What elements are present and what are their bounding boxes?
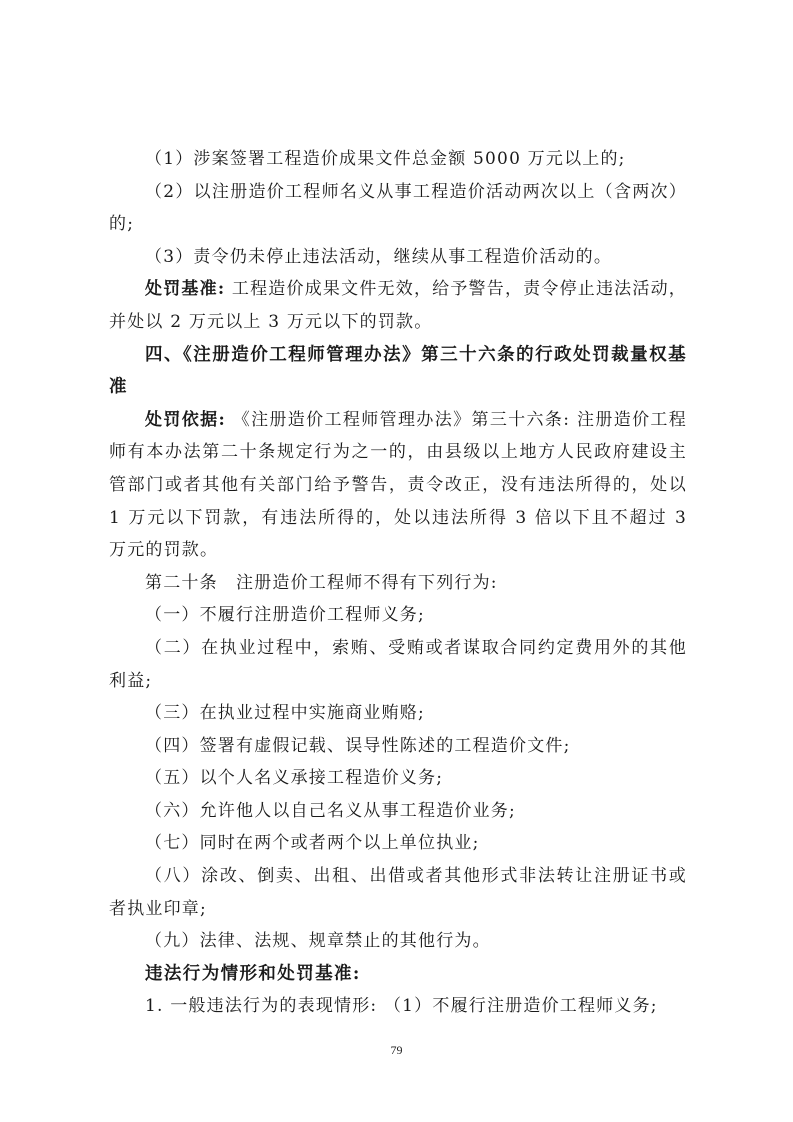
- article-20-intro: 第二十条 注册造价工程师不得有下列行为:: [109, 567, 687, 600]
- document-body: （1）涉案签署工程造价成果文件总金额 5000 万元以上的; （2）以注册造价工…: [109, 143, 687, 1023]
- general-violation-paragraph: 1. 一般违法行为的表现情形: （1）不履行注册造价工程师义务;: [109, 990, 687, 1023]
- article-20-item-4: （四）签署有虚假记载、误导性陈述的工程造价文件;: [109, 730, 687, 763]
- list-item-2: （2）以注册造价工程师名义从事工程造价活动两次以上（含两次）的;: [109, 176, 687, 241]
- article-20-item-3: （三）在执业过程中实施商业贿赂;: [109, 697, 687, 730]
- page-number: 79: [0, 1043, 793, 1058]
- list-item-3: （3）责令仍未停止违法活动，继续从事工程造价活动的。: [109, 241, 687, 274]
- penalty-basis-label: 处罚依据:: [145, 410, 226, 430]
- article-20-item-5: （五）以个人名义承接工程造价义务;: [109, 762, 687, 795]
- document-page: （1）涉案签署工程造价成果文件总金额 5000 万元以上的; （2）以注册造价工…: [0, 0, 793, 1122]
- article-20-item-8: （八）涂改、倒卖、出租、出借或者其他形式非法转让注册证书或者执业印章;: [109, 860, 687, 925]
- list-item-1: （1）涉案签署工程造价成果文件总金额 5000 万元以上的;: [109, 143, 687, 176]
- violation-standards-heading: 违法行为情形和处罚基准:: [109, 958, 687, 991]
- article-20-item-7: （七）同时在两个或者两个以上单位执业;: [109, 827, 687, 860]
- penalty-standard-label: 处罚基准:: [145, 279, 225, 299]
- article-20-item-6: （六）允许他人以自己名义从事工程造价业务;: [109, 795, 687, 828]
- article-20-item-1: （一）不履行注册造价工程师义务;: [109, 599, 687, 632]
- penalty-standard-paragraph: 处罚基准: 工程造价成果文件无效，给予警告，责令停止违法活动，并处以 2 万元以…: [109, 273, 687, 338]
- section-heading-4: 四、《注册造价工程师管理办法》第三十六条的行政处罚裁量权基准: [109, 339, 687, 404]
- penalty-basis-text: 《注册造价工程师管理办法》第三十六条: 注册造价工程师有本办法第二十条规定行为之…: [109, 410, 687, 560]
- article-20-item-9: （九）法律、法规、规章禁止的其他行为。: [109, 925, 687, 958]
- penalty-basis-paragraph: 处罚依据: 《注册造价工程师管理办法》第三十六条: 注册造价工程师有本办法第二十…: [109, 404, 687, 567]
- article-20-item-2: （二）在执业过程中，索贿、受贿或者谋取合同约定费用外的其他利益;: [109, 632, 687, 697]
